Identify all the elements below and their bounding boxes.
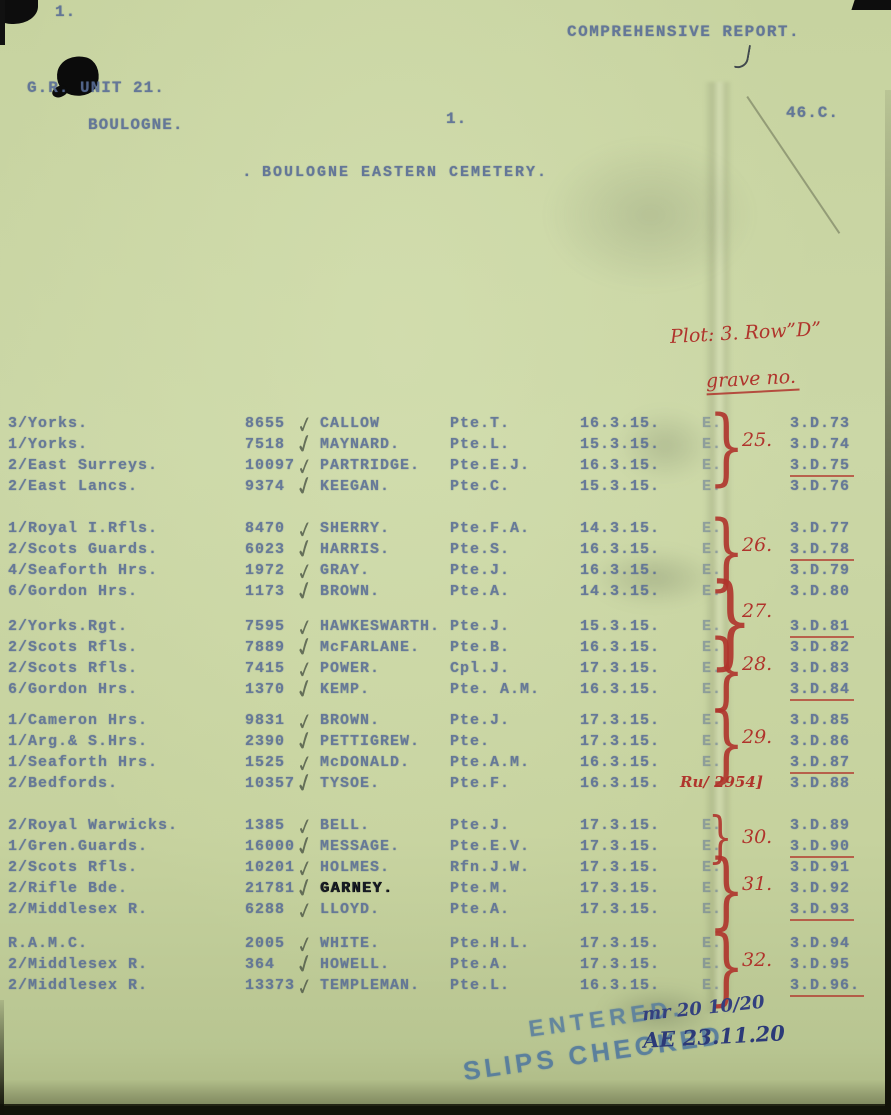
regiment-cell: 2/Middlesex R.	[8, 977, 148, 994]
grave-reference-cell: 3.D.95	[790, 956, 850, 973]
regiment-cell: R.A.M.C.	[8, 935, 88, 952]
date-of-death-cell: 16.3.15.	[580, 415, 660, 432]
regiment-cell: 1/Royal I.Rfls.	[8, 520, 158, 537]
regiment-cell: 1/Yorks.	[8, 436, 88, 453]
red-group-bracket: }32.	[708, 935, 742, 998]
rank-initials-cell: Pte.J.	[450, 817, 510, 834]
gr-unit-label: G.R. UNIT 21.	[27, 79, 165, 97]
service-number-cell: 1525	[245, 754, 285, 771]
regiment-cell: 1/Cameron Hrs.	[8, 712, 148, 729]
red-group-bracket: }29.	[708, 712, 742, 775]
scan-edge-right-strip	[885, 90, 891, 1110]
scanned-report-page: 1. COMPREHENSIVE REPORT. G.R. UNIT 21. B…	[0, 0, 891, 1115]
regiment-cell: 2/Scots Rfls.	[8, 859, 138, 876]
scan-edge-bottom-shadow	[0, 1080, 891, 1106]
regiment-cell: 2/Middlesex R.	[8, 956, 148, 973]
surname-cell: SHERRY.	[320, 520, 390, 537]
rank-initials-cell: Pte.J.	[450, 562, 510, 579]
group-number-label: 29.	[742, 726, 772, 748]
grave-reference-cell: 3.D.85	[790, 712, 850, 729]
bracket-glyph: }	[708, 859, 745, 922]
cemetery-title-dot: .	[242, 163, 253, 181]
date-of-death-cell: 16.3.15.	[580, 639, 660, 656]
date-of-death-cell: 15.3.15.	[580, 618, 660, 635]
service-number-cell: 7889	[245, 639, 285, 656]
service-number-cell: 8470	[245, 520, 285, 537]
surname-cell: GRAY.	[320, 562, 370, 579]
rank-initials-cell: Rfn.J.W.	[450, 859, 530, 876]
regiment-cell: 3/Yorks.	[8, 415, 88, 432]
rank-initials-cell: Pte.H.L.	[450, 935, 530, 952]
surname-cell: McFARLANE.	[320, 639, 420, 656]
service-number-cell: 21781	[245, 880, 295, 897]
date-of-death-cell: 16.3.15.	[580, 977, 660, 994]
rank-initials-cell: Pte.L.	[450, 977, 510, 994]
group-number-label: 31.	[742, 873, 772, 895]
table-row: 2/East Lancs. 9374 ✓ KEEGAN. Pte.C. 15.3…	[8, 478, 883, 499]
grave-reference-cell: 3.D.79	[790, 562, 850, 579]
scan-edge-top-left	[0, 0, 38, 24]
regiment-cell: 2/Scots Guards.	[8, 541, 158, 558]
date-of-death-cell: 16.3.15.	[580, 681, 660, 698]
ghost-stamp-stain	[545, 140, 755, 290]
rank-initials-cell: Pte.C.	[450, 478, 510, 495]
group-number-label: 32.	[742, 949, 772, 971]
grave-reference-cell: 3.D.83	[790, 660, 850, 677]
surname-cell: TYSOE.	[320, 775, 380, 792]
rank-initials-cell: Pte.J.	[450, 618, 510, 635]
group-number-label: 26.	[742, 534, 772, 556]
service-number-cell: 1173	[245, 583, 285, 600]
regiment-cell: 4/Seaforth Hrs.	[8, 562, 158, 579]
date-of-death-cell: 17.3.15.	[580, 712, 660, 729]
table-row: 2/East Surreys. 10097 ✓ PARTRIDGE. Pte.E…	[8, 457, 883, 478]
grave-reference-cell: 3.D.80	[790, 583, 850, 600]
service-number-cell: 1385	[245, 817, 285, 834]
service-number-cell: 8655	[245, 415, 285, 432]
plot-row-annotation: Plot: 3. Row”D”	[670, 318, 822, 348]
grave-no-annotation: grave no.	[705, 366, 799, 396]
date-of-death-cell: 16.3.15.	[580, 541, 660, 558]
table-row: 1/Seaforth Hrs. 1525 ✓ McDONALD. Pte.A.M…	[8, 754, 883, 775]
corner-page-number: 1.	[55, 3, 76, 21]
scan-edge-bottom-left	[0, 1000, 4, 1115]
grave-reference-cell: 3.D.96.	[790, 977, 864, 997]
rank-initials-cell: Pte.A.	[450, 956, 510, 973]
grave-reference-cell: 3.D.93	[790, 901, 854, 921]
surname-cell: CALLOW	[320, 415, 380, 432]
bracket-glyph: }	[708, 712, 745, 775]
service-number-cell: 7415	[245, 660, 285, 677]
rank-initials-cell: Pte.S.	[450, 541, 510, 558]
surname-cell: WHITE.	[320, 935, 380, 952]
table-row: 6/Gordon Hrs. 1370 ✓ KEMP. Pte. A.M. 16.…	[8, 681, 883, 702]
grave-reference-cell: 3.D.90	[790, 838, 854, 858]
regiment-cell: 2/Bedfords.	[8, 775, 118, 792]
surname-cell: BROWN.	[320, 583, 380, 600]
red-group-bracket: }31.	[708, 859, 742, 922]
scan-edge-top-right	[851, 0, 891, 10]
date-of-death-cell: 16.3.15.	[580, 457, 660, 474]
regiment-cell: 1/Arg.& S.Hrs.	[8, 733, 148, 750]
location-label: BOULOGNE.	[88, 116, 183, 134]
bracket-glyph: }	[708, 935, 745, 998]
red-group-bracket: }25.	[708, 415, 742, 478]
surname-cell: HARRIS.	[320, 541, 390, 558]
surname-cell: HAWKESWARTH.	[320, 618, 440, 635]
surname-cell: BROWN.	[320, 712, 380, 729]
date-of-death-cell: 17.3.15.	[580, 733, 660, 750]
scan-edge-bottom-band	[0, 1104, 891, 1115]
surname-cell: MAYNARD.	[320, 436, 400, 453]
regiment-cell: 2/Royal Warwicks.	[8, 817, 178, 834]
report-title: COMPREHENSIVE REPORT.	[567, 23, 800, 41]
date-of-death-cell: 14.3.15.	[580, 520, 660, 537]
grave-reference-cell: 3.D.77	[790, 520, 850, 537]
surname-cell: PARTRIDGE.	[320, 457, 420, 474]
grave-reference-cell: 3.D.74	[790, 436, 850, 453]
grave-reference-cell: 3.D.75	[790, 457, 854, 477]
grave-reference-cell: 3.D.91	[790, 859, 850, 876]
rank-initials-cell: Pte.B.	[450, 639, 510, 656]
row-group: 3/Yorks. 8655 ✓ CALLOW Pte.T. 16.3.15. E…	[8, 415, 883, 499]
regiment-cell: 2/East Surreys.	[8, 457, 158, 474]
service-number-cell: 2390	[245, 733, 285, 750]
table-row: 2/Bedfords. 10357 ✓ TYSOE. Pte.F. 16.3.1…	[8, 775, 883, 796]
date-of-death-cell: 17.3.15.	[580, 956, 660, 973]
grave-reference-cell: 3.D.89	[790, 817, 850, 834]
date-of-death-cell: 17.3.15.	[580, 660, 660, 677]
date-of-death-cell: 16.3.15.	[580, 775, 660, 792]
checkmark-icon: ✓	[295, 896, 315, 926]
grave-reference-cell: 3.D.76	[790, 478, 850, 495]
center-page-number: 1.	[446, 110, 467, 128]
cemetery-title: BOULOGNE EASTERN CEMETERY.	[262, 164, 548, 181]
service-number-cell: 6288	[245, 901, 285, 918]
date-of-death-cell: 15.3.15.	[580, 436, 660, 453]
service-number-cell: 2005	[245, 935, 285, 952]
group-number-label: 27.	[742, 600, 772, 622]
date-of-death-cell: 16.3.15.	[580, 754, 660, 771]
rank-initials-cell: Pte.J.	[450, 712, 510, 729]
rank-initials-cell: Pte.E.V.	[450, 838, 530, 855]
date-of-death-cell: 17.3.15.	[580, 901, 660, 918]
date-of-death-cell: 17.3.15.	[580, 880, 660, 897]
rank-initials-cell: Pte.A.	[450, 583, 510, 600]
surname-cell: MESSAGE.	[320, 838, 400, 855]
service-number-cell: 7518	[245, 436, 285, 453]
surname-cell: KEEGAN.	[320, 478, 390, 495]
surname-cell: PETTIGREW.	[320, 733, 420, 750]
surname-cell: BELL.	[320, 817, 370, 834]
date-of-death-cell: 17.3.15.	[580, 935, 660, 952]
table-row: 2/Middlesex R. 6288 ✓ LLOYD. Pte.A. 17.3…	[8, 901, 883, 922]
slips-checked-handwritten-note: AE 23.11.20	[642, 1020, 785, 1052]
rank-initials-cell: Pte. A.M.	[450, 681, 540, 698]
regiment-cell: 1/Gren.Guards.	[8, 838, 148, 855]
rank-initials-cell: Pte.	[450, 733, 490, 750]
grave-reference-cell: 3.D.82	[790, 639, 850, 656]
surname-cell: GARNEY.	[320, 880, 394, 897]
service-number-cell: 9374	[245, 478, 285, 495]
regiment-cell: 6/Gordon Hrs.	[8, 583, 138, 600]
service-number-cell: 16000	[245, 838, 295, 855]
regiment-cell: 6/Gordon Hrs.	[8, 681, 138, 698]
surname-cell: LLOYD.	[320, 901, 380, 918]
service-number-cell: 10201	[245, 859, 295, 876]
grave-reference-cell: 3.D.81	[790, 618, 854, 638]
rank-initials-cell: Pte.A.	[450, 901, 510, 918]
grave-reference-cell: 3.D.78	[790, 541, 854, 561]
rank-initials-cell: Pte.F.	[450, 775, 510, 792]
surname-cell: HOLMES.	[320, 859, 390, 876]
date-of-death-cell: 15.3.15.	[580, 478, 660, 495]
date-of-death-cell: 17.3.15.	[580, 817, 660, 834]
service-number-cell: 7595	[245, 618, 285, 635]
ref-code: 46.C.	[786, 104, 839, 122]
rank-initials-cell: Pte.A.M.	[450, 754, 530, 771]
service-number-cell: 9831	[245, 712, 285, 729]
table-groups: 3/Yorks. 8655 ✓ CALLOW Pte.T. 16.3.15. E…	[8, 415, 883, 998]
rank-initials-cell: Cpl.J.	[450, 660, 510, 677]
date-of-death-cell: 17.3.15.	[580, 859, 660, 876]
grave-reference-cell: 3.D.88	[790, 775, 850, 792]
regiment-cell: 2/Scots Rfls.	[8, 660, 138, 677]
surname-cell: McDONALD.	[320, 754, 410, 771]
red-group-bracket: }28.	[708, 639, 742, 702]
rank-initials-cell: Pte.T.	[450, 415, 510, 432]
service-number-cell: 1370	[245, 681, 285, 698]
service-number-cell: 1972	[245, 562, 285, 579]
grave-reference-cell: 3.D.86	[790, 733, 850, 750]
pen-tick-mark	[734, 43, 751, 70]
checkmark-icon: ✓	[295, 972, 315, 1002]
surname-cell: KEMP.	[320, 681, 370, 698]
bracket-glyph: }	[708, 415, 745, 478]
regiment-cell: 2/East Lancs.	[8, 478, 138, 495]
grave-reference-cell: 3.D.87	[790, 754, 854, 774]
regiment-cell: 2/Middlesex R.	[8, 901, 148, 918]
grave-reference-cell: 3.D.84	[790, 681, 854, 701]
service-number-cell: 10357	[245, 775, 295, 792]
regiment-cell: 2/Rifle Bde.	[8, 880, 128, 897]
surname-cell: POWER.	[320, 660, 380, 677]
grave-reference-cell: 3.D.92	[790, 880, 850, 897]
group-number-label: 30.	[742, 826, 772, 848]
scan-edge-left-strip	[0, 0, 5, 45]
grave-reference-cell: 3.D.94	[790, 935, 850, 952]
service-number-cell: 6023	[245, 541, 285, 558]
regiment-cell: 1/Seaforth Hrs.	[8, 754, 158, 771]
rank-initials-cell: Pte.E.J.	[450, 457, 530, 474]
date-of-death-cell: 17.3.15.	[580, 838, 660, 855]
rank-initials-cell: Pte.M.	[450, 880, 510, 897]
surname-cell: HOWELL.	[320, 956, 390, 973]
group-number-label: 25.	[742, 429, 772, 451]
burial-register-table: 3/Yorks. 8655 ✓ CALLOW Pte.T. 16.3.15. E…	[8, 415, 883, 998]
regiment-cell: 2/Scots Rfls.	[8, 639, 138, 656]
rank-initials-cell: Pte.F.A.	[450, 520, 530, 537]
surname-cell: TEMPLEMAN.	[320, 977, 420, 994]
grave-reference-cell: 3.D.73	[790, 415, 850, 432]
group-number-label: 28.	[742, 653, 772, 675]
row-group: 1/Cameron Hrs. 9831 ✓ BROWN. Pte.J. 17.3…	[8, 712, 883, 796]
regiment-cell: 2/Yorks.Rgt.	[8, 618, 128, 635]
date-of-death-cell: 16.3.15.	[580, 562, 660, 579]
date-of-death-cell: 14.3.15.	[580, 583, 660, 600]
service-number-cell: 10097	[245, 457, 295, 474]
rank-initials-cell: Pte.L.	[450, 436, 510, 453]
bracket-glyph: }	[708, 639, 745, 702]
service-number-cell: 364	[245, 956, 275, 973]
service-number-cell: 13373	[245, 977, 295, 994]
